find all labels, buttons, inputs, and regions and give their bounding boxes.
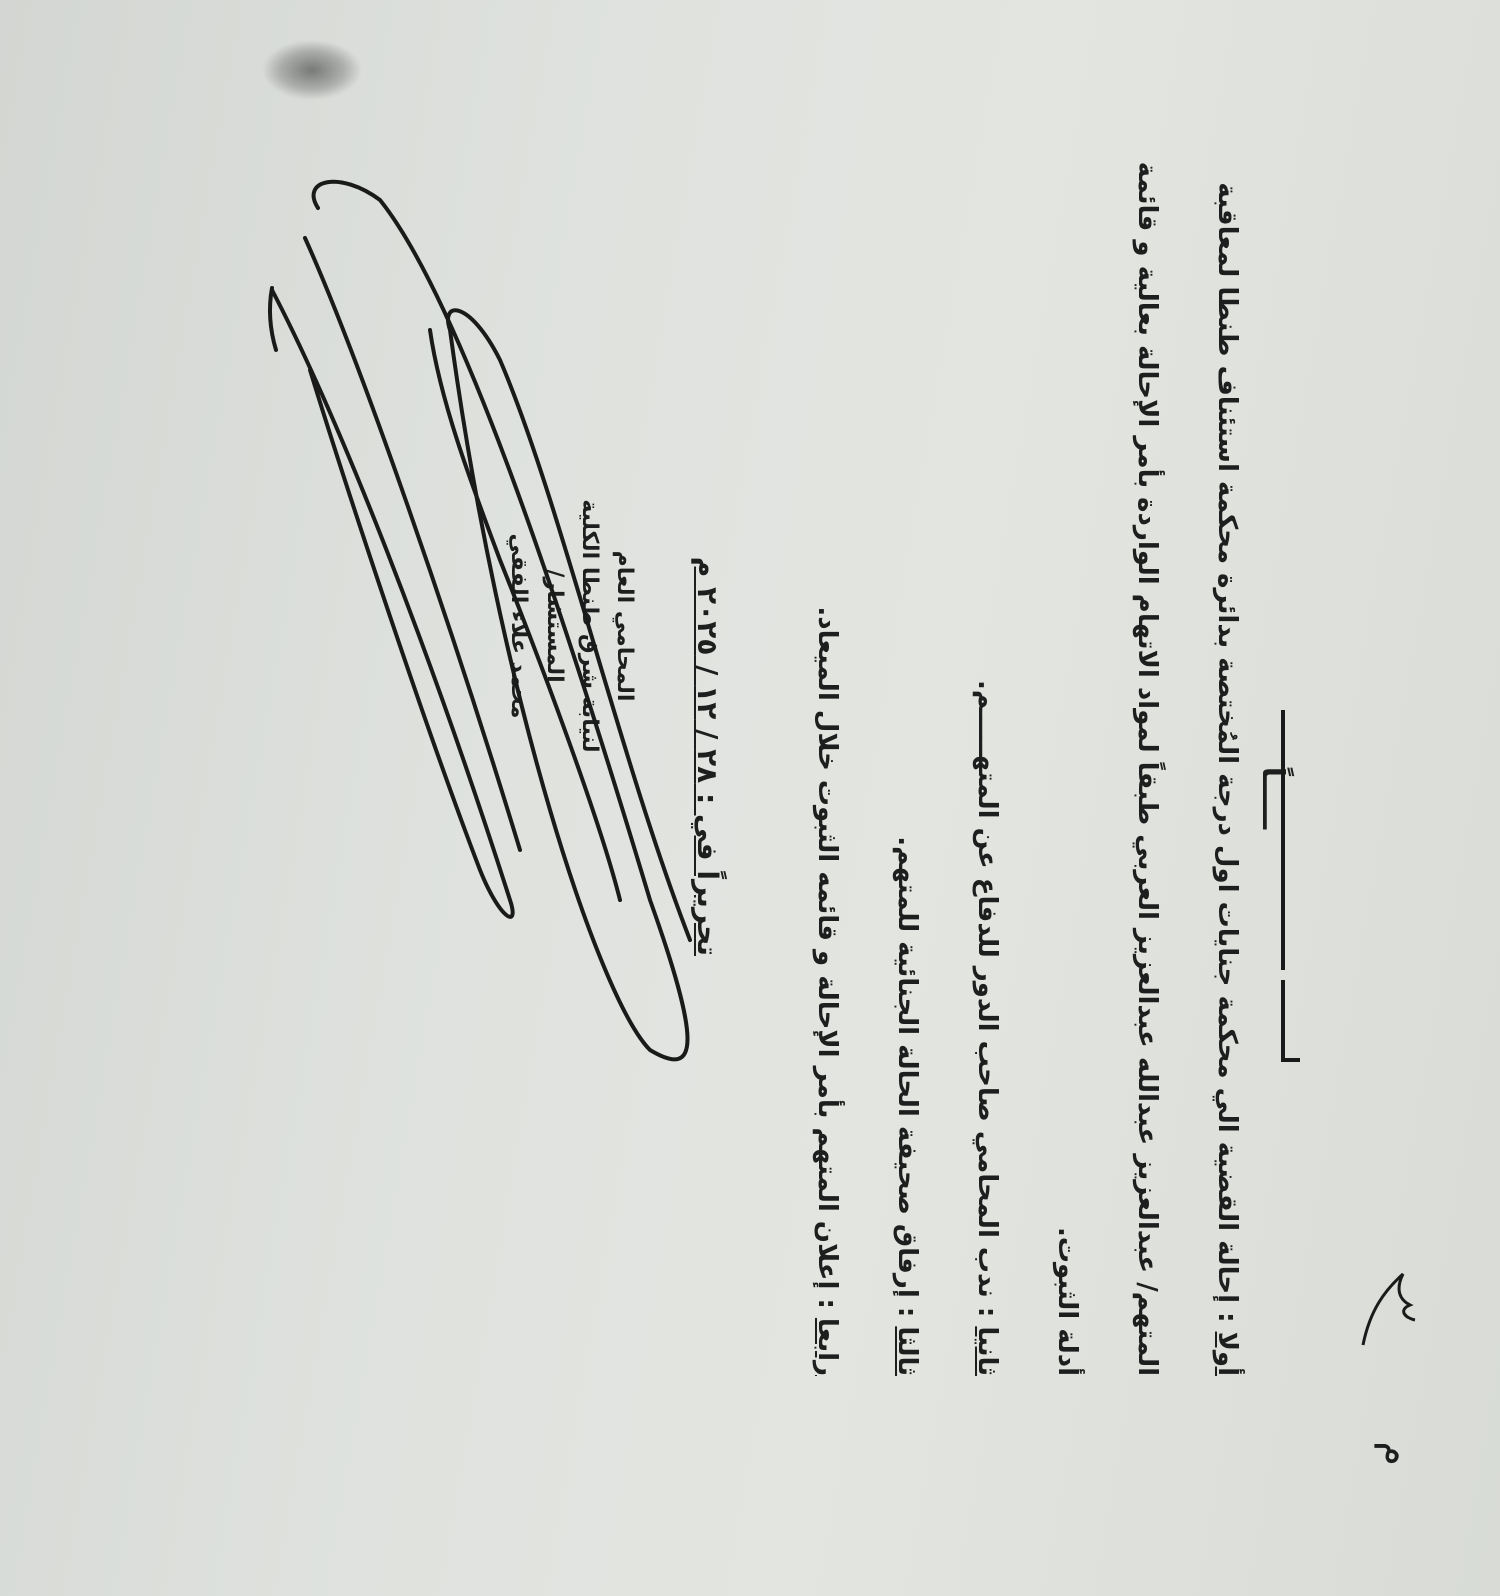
date-line: تحريراً في : ٢٨ / ١٢ / ٢٠٢٥ م — [691, 557, 724, 956]
signature-name: محمد علاء الفقي — [501, 416, 536, 836]
paragraph-fourth: رابعا : إعلان المتهم بأمر الإحالة و قائم… — [811, 80, 842, 1376]
title-text: ـــــاً — [1255, 767, 1290, 830]
scanned-document-page: م ـــــاً أولا : إحالة القضية الي محكمة … — [0, 0, 1500, 1596]
paragraph-text: : إعلان المتهم بأمر الإحالة و قائمه الثب… — [812, 606, 842, 1318]
signature-office: لنيابة شرق طنطا الكلية — [572, 416, 607, 836]
paragraph-first: أولا : إحالة القضية الي محكمة جنايات اول… — [1211, 80, 1242, 1376]
signature-title: المحامي العام — [607, 416, 642, 836]
paragraph-third: ثالثا : إرفاق صحيفة الحالة الجنائية للمت… — [891, 80, 922, 1376]
signature-block: المحامي العام لنيابة شرق طنطا الكلية الم… — [501, 416, 642, 836]
paragraph-label: أولا — [1212, 1332, 1242, 1376]
paragraph-text: المتهم/ عبدالعزيز عبدالله عبدالعزيز العر… — [1132, 162, 1162, 1376]
paragraph-second: ثانيا : ندب المحامي صاحب الدور للدفاع عن… — [971, 80, 1002, 1376]
paragraph-label: رابعا — [812, 1318, 842, 1376]
rotated-document-content: م ـــــاً أولا : إحالة القضية الي محكمة … — [0, 0, 1500, 1596]
paragraph-label: ثانيا — [972, 1326, 1002, 1376]
paragraph-text: : إرفاق صحيفة الحالة الجنائية للمتهم. — [892, 836, 922, 1326]
document-title: ـــــاً — [1255, 0, 1290, 1596]
paragraph-first-cont2: أدلة الثبوت. — [1051, 80, 1082, 1376]
paragraph-first-cont: المتهم/ عبدالعزيز عبدالله عبدالعزيز العر… — [1131, 80, 1162, 1376]
corner-mark: م — [1374, 1441, 1420, 1466]
paragraph-label: ثالثا — [892, 1326, 922, 1376]
signature-rank: المستشار/ — [536, 416, 571, 836]
paragraph-text: : إحالة القضية الي محكمة جنايات اول درجة… — [1212, 182, 1242, 1331]
paragraph-text: أدلة الثبوت. — [1052, 1227, 1082, 1376]
paragraph-text: : ندب المحامي صاحب الدور للدفاع عن المته… — [972, 680, 1002, 1326]
